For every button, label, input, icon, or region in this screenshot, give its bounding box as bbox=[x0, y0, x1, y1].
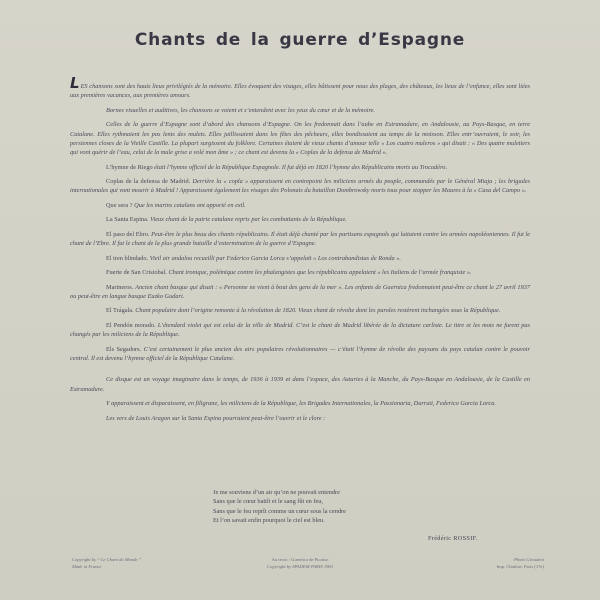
song-paragraph: Marineros. Ancien chant basque qui disai… bbox=[70, 283, 530, 302]
paragraph: Bornes visuelles et auditives, les chans… bbox=[70, 106, 530, 115]
poem-line: Et l’on savait enfin pourquoi le ciel es… bbox=[213, 516, 346, 525]
footer-copyright: Copyright by “ Le Chant du Monde ” Made … bbox=[72, 557, 141, 571]
song-paragraph: El Trágala. Chant populaire dont l’origi… bbox=[70, 306, 530, 315]
poem-line: Sans que le cœur battît et le sang fût e… bbox=[213, 497, 346, 506]
song-paragraph: El Pendón morado. L’étendard violet qui … bbox=[70, 321, 530, 340]
song-paragraph: La Santa Espina. Vieux chant de la patri… bbox=[70, 215, 530, 224]
aragon-poem: Je me souviens d’un air qu’on ne pouvait… bbox=[213, 488, 346, 525]
liner-notes-body: LES chansons sont des hauts lieux privil… bbox=[70, 78, 530, 428]
footer-photo-credit: Photo Giraudon Imp. Chatfort, Paris (17e… bbox=[430, 557, 544, 571]
song-title: Coplas de la defensa de Madrid. bbox=[106, 178, 190, 185]
song-title: El Pendón morado. bbox=[106, 322, 156, 329]
song-paragraph: Coplas de la defensa de Madrid. Derrière… bbox=[70, 177, 530, 196]
song-paragraph: Fuerte de San Cristobal. Chant ironique,… bbox=[70, 268, 530, 277]
song-title: La Santa Espina. bbox=[106, 216, 149, 223]
paragraph: Celles de la guerre d’Espagne sont d’abo… bbox=[70, 120, 530, 157]
poem-line: Sans que le feu reprît comme un cœur sou… bbox=[213, 507, 346, 516]
drop-cap: L bbox=[70, 74, 80, 92]
author-signature: Frédéric ROSSIF. bbox=[428, 535, 478, 542]
song-title: El paso del Ebro. bbox=[106, 231, 150, 238]
song-title: Que sera ? bbox=[106, 202, 133, 209]
song-paragraph: Que sera ? Que les marins catalans ont a… bbox=[70, 201, 530, 210]
song-title: Els Segadors. bbox=[106, 346, 141, 353]
song-title: Fuerte de San Cristobal. bbox=[106, 269, 167, 276]
paragraph: Y apparaissent et disparaissent, en fili… bbox=[70, 399, 530, 408]
song-paragraph: Els Segadors. C’est certainement le plus… bbox=[70, 345, 530, 364]
song-title: Marineros. bbox=[106, 284, 133, 291]
page-title: Chants de la guerre d’Espagne bbox=[0, 30, 600, 50]
footer-cover-credit: Au recto : Guernica de Picasso Copyright… bbox=[200, 557, 400, 571]
record-sleeve-page: Chants de la guerre d’Espagne LES chanso… bbox=[0, 0, 600, 600]
song-title: El tren blindado. bbox=[106, 255, 148, 262]
song-title: El Trágala. bbox=[106, 307, 134, 314]
poem-line: Je me souviens d’un air qu’on ne pouvait… bbox=[213, 488, 346, 497]
song-title: L’hymne de Riego bbox=[106, 164, 153, 171]
song-paragraph: El paso del Ebro. Peut-être le plus beau… bbox=[70, 230, 530, 249]
song-paragraph: L’hymne de Riego était l’hymne officiel … bbox=[70, 163, 530, 172]
paragraph-intro: LES chansons sont des hauts lieux privil… bbox=[70, 78, 530, 101]
paragraph: Ce disque est un voyage imaginaire dans … bbox=[70, 375, 530, 394]
paragraph: Les vers de Louis Aragon sur la Santa Es… bbox=[70, 414, 530, 423]
song-paragraph: El tren blindado. Vieil air andalou recu… bbox=[70, 254, 530, 263]
